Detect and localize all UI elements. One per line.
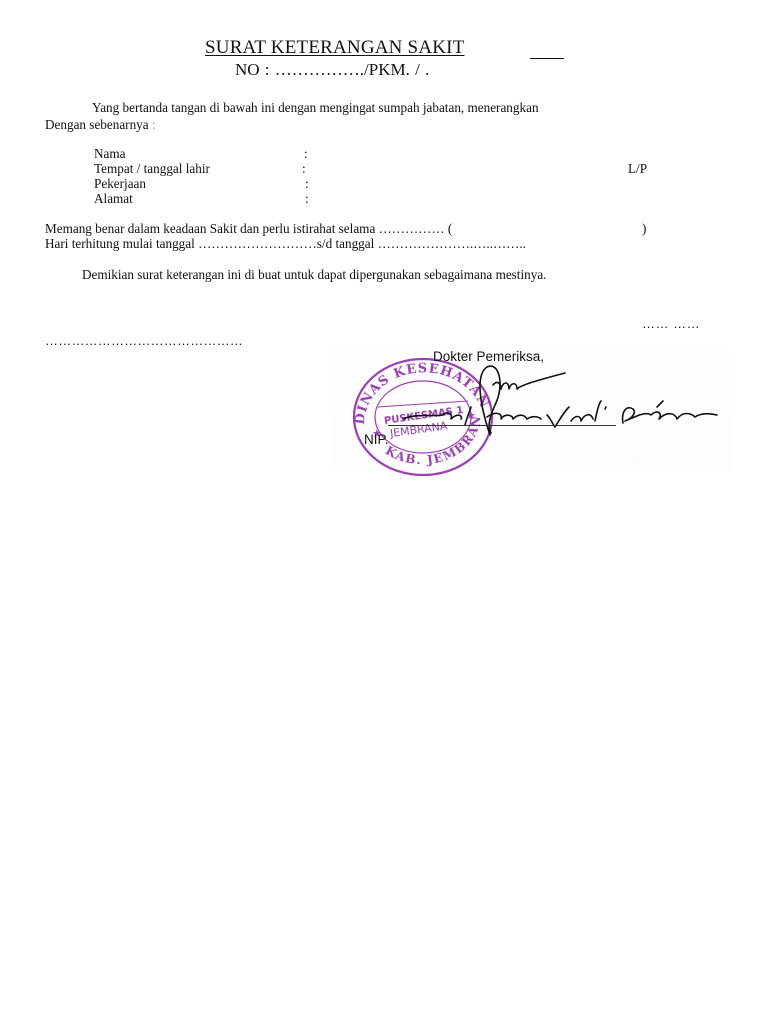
sick-duration-line: Memang benar dalam keadaan Sakit dan per… [45, 221, 452, 237]
signature-underline [388, 425, 616, 426]
gender-option: L/P [628, 161, 647, 177]
field-colon-tempat-tanggal-lahir: : [302, 161, 306, 177]
field-colon-nama: : [304, 146, 308, 162]
field-colon-alamat: : [305, 191, 309, 207]
examining-doctor-label: Dokter Pemeriksa, [433, 349, 544, 364]
field-label-alamat: Alamat [94, 191, 133, 207]
letter-number: NO : ……………./PKM. / . [235, 60, 429, 80]
field-label-pekerjaan: Pekerjaan [94, 176, 146, 192]
document-title: SURAT KETERANGAN SAKIT [205, 37, 465, 59]
dotted-line: ……………………………………… [45, 333, 243, 348]
field-label-nama: Nama [94, 146, 126, 162]
field-label-tempat-tanggal-lahir: Tempat / tanggal lahir [94, 161, 210, 177]
intro-line-2-colon: : [152, 117, 156, 132]
nip-label: NIP. [364, 432, 389, 447]
title-underline [530, 58, 564, 59]
field-colon-pekerjaan: : [305, 176, 309, 192]
intro-line-2-text: Dengan sebenarnya [45, 117, 149, 132]
closing-statement: Demikian surat keterangan ini di buat un… [82, 267, 546, 283]
intro-line-1: Yang bertanda tangan di bawah ini dengan… [92, 100, 539, 116]
sick-date-range-line: Hari terhitung mulai tanggal ………………………s/… [45, 236, 526, 252]
intro-line-2: Dengan sebenarnya : [45, 117, 156, 133]
place-date: …… …… [642, 316, 700, 331]
handwritten-signature-icon [395, 355, 730, 445]
sick-duration-close-paren: ) [642, 221, 646, 237]
